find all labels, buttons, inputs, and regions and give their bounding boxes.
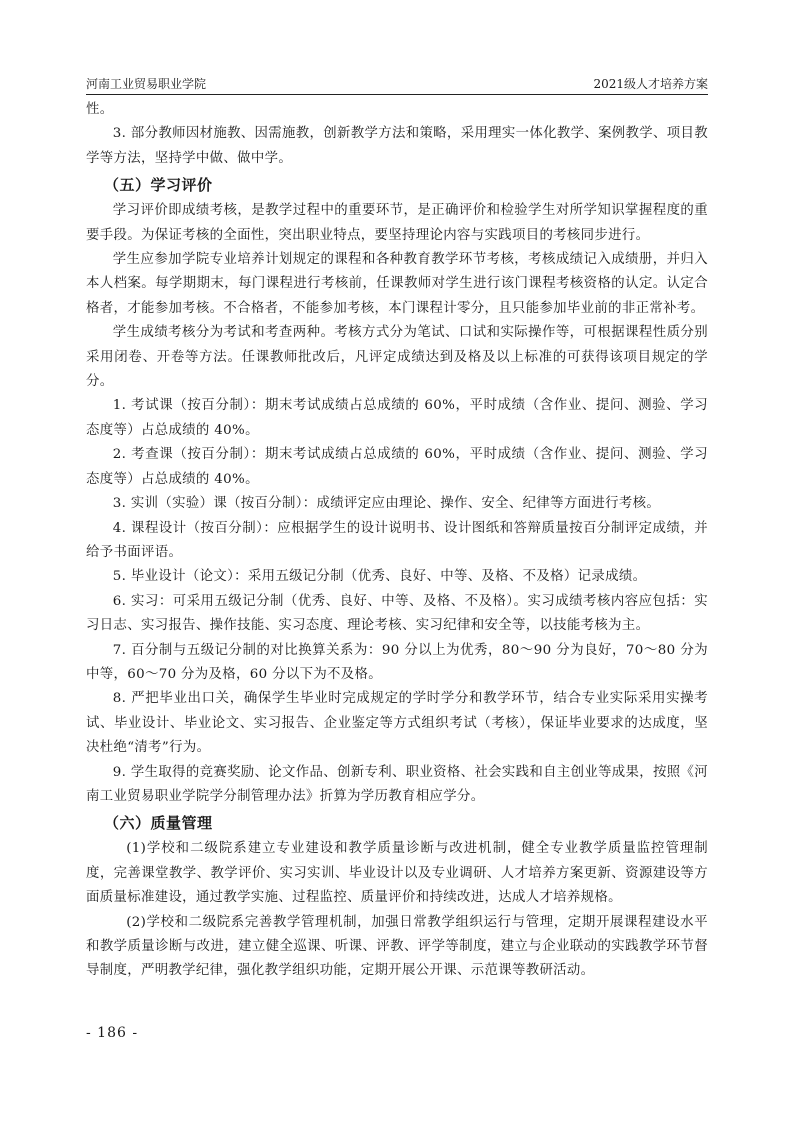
paragraph-continuation: 性。: [86, 98, 708, 122]
list-item: 9. 学生取得的竞赛奖励、论文作品、创新专利、职业资格、社会实践和自主创业等成果…: [86, 761, 708, 810]
section-heading-learning-evaluation: （五）学习评价: [86, 171, 708, 199]
list-item: 8. 严把毕业出口关，确保学生毕业时完成规定的学时学分和教学环节，结合专业实际采…: [86, 687, 708, 760]
section-heading-quality-management: （六）质量管理: [86, 809, 708, 837]
page-header: 河南工业贸易职业学院 2021级人才培养方案: [86, 74, 708, 95]
page-body: 性。 3. 部分教师因材施教、因需施教，创新教学方法和策略，采用理实一体化教学、…: [86, 98, 708, 984]
list-item: 7. 百分制与五级记分制的对比换算关系为：90 分以上为优秀，80～90 分为良…: [86, 639, 708, 688]
list-item: 2. 考查课（按百分制）：期末考试成绩占总成绩的 60%，平时成绩（含作业、提问…: [86, 443, 708, 492]
header-institution: 河南工业贸易职业学院: [86, 75, 206, 93]
paragraph: 学生成绩考核分为考试和考查两种。考核方式分为笔试、口试和实际操作等，可根据课程性…: [86, 321, 708, 394]
paragraph-item-3: 3. 部分教师因材施教、因需施教，创新教学方法和策略，采用理实一体化教学、案例教…: [86, 122, 708, 171]
page-number: - 186 -: [86, 1025, 138, 1041]
list-item: 5. 毕业设计（论文）：采用五级记分制（优秀、良好、中等、及格、不及格）记录成绩…: [86, 565, 708, 589]
list-item: (2)学校和二级院系完善教学管理机制，加强日常教学组织运行与管理，定期开展课程建…: [86, 911, 708, 984]
paragraph: 学习评价即成绩考核，是教学过程中的重要环节，是正确评价和检验学生对所学知识掌握程…: [86, 199, 708, 248]
list-item: (1)学校和二级院系建立专业建设和教学质量诊断与改进机制，健全专业教学质量监控管…: [86, 837, 708, 910]
list-item: 1. 考试课（按百分制）：期末考试成绩占总成绩的 60%，平时成绩（含作业、提问…: [86, 394, 708, 443]
list-item: 6. 实习：可采用五级记分制（优秀、良好、中等、及格、不及格）。实习成绩考核内容…: [86, 590, 708, 639]
list-item: 4. 课程设计（按百分制）：应根据学生的设计说明书、设计图纸和答辩质量按百分制评…: [86, 517, 708, 566]
header-document-title: 2021级人才培养方案: [593, 75, 708, 93]
list-item: 3. 实训（实验）课（按百分制）：成绩评定应由理论、操作、安全、纪律等方面进行考…: [86, 492, 708, 516]
paragraph: 学生应参加学院专业培养计划规定的课程和各种教育教学环节考核，考核成绩记入成绩册，…: [86, 248, 708, 321]
